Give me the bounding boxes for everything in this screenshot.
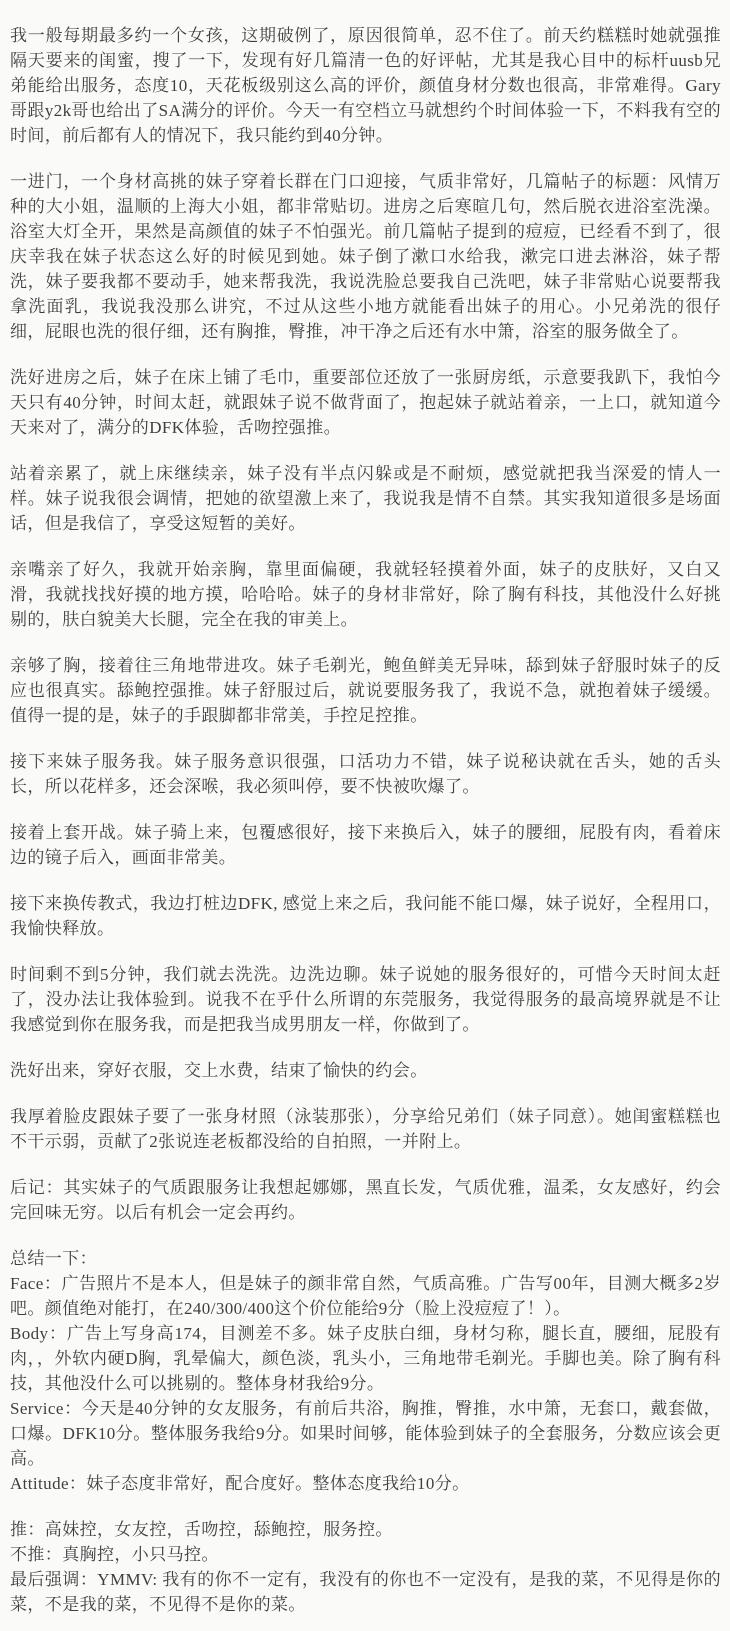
text-line: 我一般每期最多约一个女孩，这期破例了，原因很简单，忍不住了。前天约糕糕时她就强推… (10, 23, 721, 148)
text-line: 最后强调：YMMV: 我有的你不一定有，我没有的你也不一定没有，是我的菜，不见得… (10, 1567, 721, 1617)
text-line: 接下来换传教式，我边打桩边DFK, 感觉上来之后，我问能不能口爆，妹子说好，全程… (10, 891, 721, 941)
text-line: Body：广告上写身高174，目测差不多。妹子皮肤白细，身材匀称，腿长直，腰细，… (10, 1321, 721, 1396)
post-paragraph: 洗好出来，穿好衣服，交上水费，结束了愉快的约会。 (10, 1058, 721, 1083)
post-paragraph: 我厚着脸皮跟妹子要了一张身材照（泳装那张），分享给兄弟们（妹子同意）。她闺蜜糕糕… (10, 1104, 721, 1154)
text-line: 亲嘴亲了好久，我就开始亲胸，靠里面偏硬，我就轻轻摸着外面，妹子的皮肤好，又白又滑… (10, 557, 721, 632)
text-line: 接着上套开战。妹子骑上来，包覆感很好，接下来换后入，妹子的腰细，屁股有肉，看着床… (10, 820, 721, 870)
post-page: 我一般每期最多约一个女孩，这期破例了，原因很简单，忍不住了。前天约糕糕时她就强推… (0, 0, 730, 1631)
post-paragraph: 总结一下：Face：广告照片不是本人，但是妹子的颜非常自然，气质高雅。广告写00… (10, 1246, 721, 1496)
text-line: 后记：其实妹子的气质跟服务让我想起娜娜，黑直长发，气质优雅，温柔，女友感好，约会… (10, 1175, 721, 1225)
text-line: 不推：真胸控，小只马控。 (10, 1542, 721, 1567)
text-line: Attitude：妹子态度非常好，配合度好。整体态度我给10分。 (10, 1471, 721, 1496)
text-line: 时间剩不到5分钟，我们就去洗洗。边洗边聊。妹子说她的服务很好的，可惜今天时间太赶… (10, 962, 721, 1037)
post-paragraph: 我一般每期最多约一个女孩，这期破例了，原因很简单，忍不住了。前天约糕糕时她就强推… (10, 23, 721, 148)
post-paragraph: 亲够了胸，接着往三角地带进攻。妹子毛剃光，鲍鱼鲜美无异味，舔到妹子舒服时妹子的反… (10, 653, 721, 728)
post-paragraph: 接下来换传教式，我边打桩边DFK, 感觉上来之后，我问能不能口爆，妹子说好，全程… (10, 891, 721, 941)
text-line: 推：高妹控，女友控，舌吻控，舔鲍控，服务控。 (10, 1517, 721, 1542)
post-paragraph: 后记：其实妹子的气质跟服务让我想起娜娜，黑直长发，气质优雅，温柔，女友感好，约会… (10, 1175, 721, 1225)
text-line: 亲够了胸，接着往三角地带进攻。妹子毛剃光，鲍鱼鲜美无异味，舔到妹子舒服时妹子的反… (10, 653, 721, 728)
text-line: 洗好进房之后，妹子在床上铺了毛巾，重要部位还放了一张厨房纸，示意要我趴下，我怕今… (10, 365, 721, 440)
post-paragraph: 接下来妹子服务我。妹子服务意识很强，口活功力不错，妹子说秘诀就在舌头，她的舌头长… (10, 749, 721, 799)
post-paragraph: 一进门，一个身材高挑的妹子穿着长群在门口迎接，气质非常好，几篇帖子的标题：风情万… (10, 169, 721, 344)
text-line: Face：广告照片不是本人，但是妹子的颜非常自然，气质高雅。广告写00年，目测大… (10, 1271, 721, 1321)
post-paragraph: 推：高妹控，女友控，舌吻控，舔鲍控，服务控。不推：真胸控，小只马控。最后强调：Y… (10, 1517, 721, 1617)
text-line: 站着亲累了，就上床继续亲，妹子没有半点闪躲或是不耐烦，感觉就把我当深爱的情人一样… (10, 461, 721, 536)
post-paragraph: 时间剩不到5分钟，我们就去洗洗。边洗边聊。妹子说她的服务很好的，可惜今天时间太赶… (10, 962, 721, 1037)
text-line: 我厚着脸皮跟妹子要了一张身材照（泳装那张），分享给兄弟们（妹子同意）。她闺蜜糕糕… (10, 1104, 721, 1154)
text-line: 洗好出来，穿好衣服，交上水费，结束了愉快的约会。 (10, 1058, 721, 1083)
text-line: 总结一下： (10, 1246, 721, 1271)
post-body: 我一般每期最多约一个女孩，这期破例了，原因很简单，忍不住了。前天约糕糕时她就强推… (10, 23, 721, 1617)
post-paragraph: 接着上套开战。妹子骑上来，包覆感很好，接下来换后入，妹子的腰细，屁股有肉，看着床… (10, 820, 721, 870)
post-paragraph: 站着亲累了，就上床继续亲，妹子没有半点闪躲或是不耐烦，感觉就把我当深爱的情人一样… (10, 461, 721, 536)
text-line: Service：今天是40分钟的女友服务，有前后共浴，胸推，臀推，水中箫，无套口… (10, 1396, 721, 1471)
post-paragraph: 洗好进房之后，妹子在床上铺了毛巾，重要部位还放了一张厨房纸，示意要我趴下，我怕今… (10, 365, 721, 440)
text-line: 一进门，一个身材高挑的妹子穿着长群在门口迎接，气质非常好，几篇帖子的标题：风情万… (10, 169, 721, 344)
post-paragraph: 亲嘴亲了好久，我就开始亲胸，靠里面偏硬，我就轻轻摸着外面，妹子的皮肤好，又白又滑… (10, 557, 721, 632)
text-line: 接下来妹子服务我。妹子服务意识很强，口活功力不错，妹子说秘诀就在舌头，她的舌头长… (10, 749, 721, 799)
